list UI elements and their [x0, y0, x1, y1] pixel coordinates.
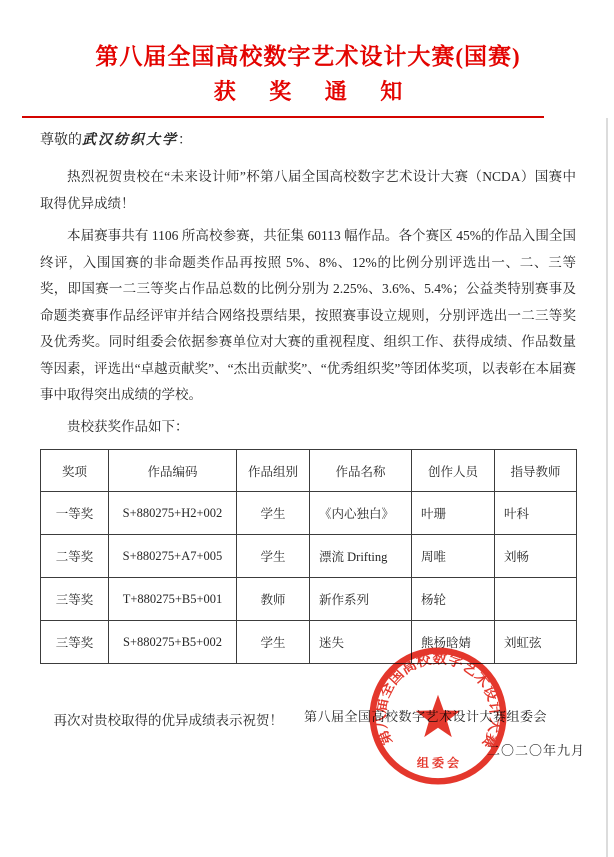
col-header-award: 奖项: [41, 450, 109, 492]
cell-group: 学生: [237, 535, 310, 578]
scanned-letter-page: 第八届全国高校数字艺术设计大赛(国赛) 获 奖 通 知 尊敬的武汉纺织大学： 热…: [0, 0, 614, 857]
greeting-line: 尊敬的武汉纺织大学：: [40, 131, 576, 151]
cell-creator: 周唯: [412, 535, 495, 578]
awards-table: 奖项 作品编码 作品组别 作品名称 创作人员 指导教师 一等奖 S+880275…: [40, 449, 577, 664]
cell-advisor: 刘畅: [495, 535, 577, 578]
table-header-row: 奖项 作品编码 作品组别 作品名称 创作人员 指导教师: [41, 450, 577, 492]
cell-work-code: T+880275+B5+001: [109, 578, 237, 621]
cell-group: 教师: [237, 578, 310, 621]
cell-group: 学生: [237, 492, 310, 535]
paragraph-congratulations: 热烈祝贺贵校在“未来设计师”杯第八届全国高校数字艺术设计大赛（NCDA）国赛中取…: [40, 164, 576, 217]
cell-work-name: 《内心独白》: [310, 492, 412, 535]
seal-bottom-text: 组 委 会: [417, 755, 459, 770]
table-row: 一等奖 S+880275+H2+002 学生 《内心独白》 叶珊 叶科: [41, 492, 577, 535]
cell-work-code: S+880275+H2+002: [109, 492, 237, 535]
official-seal-stamp: 第八届全国高校数字艺术设计大赛 组 委 会: [367, 645, 509, 787]
table-row: 三等奖 T+880275+B5+001 教师 新作系列 杨轮: [41, 578, 577, 621]
cell-award: 一等奖: [41, 492, 109, 535]
cell-work-code: S+880275+A7+005: [109, 535, 237, 578]
col-header-work-name: 作品名称: [310, 450, 412, 492]
cell-advisor: [495, 578, 577, 621]
col-header-work-code: 作品编码: [109, 450, 237, 492]
greeting-prefix: 尊敬的: [40, 133, 82, 148]
cell-work-name: 漂流 Drifting: [310, 535, 412, 578]
greeting-colon: ：: [178, 133, 192, 148]
title-divider-rule: [22, 116, 544, 118]
cell-award: 三等奖: [41, 578, 109, 621]
cell-award: 三等奖: [41, 621, 109, 664]
letter-title-line2: 获 奖 通 知: [40, 77, 576, 107]
cell-group: 学生: [237, 621, 310, 664]
cell-creator: 叶珊: [412, 492, 495, 535]
paragraph-table-intro: 贵校获奖作品如下：: [40, 414, 576, 441]
cell-award: 二等奖: [41, 535, 109, 578]
letter-title-line1: 第八届全国高校数字艺术设计大赛(国赛): [40, 42, 576, 72]
col-header-group: 作品组别: [237, 450, 310, 492]
paragraph-competition-stats: 本届赛事共有 1106 所高校参赛，共征集 60113 幅作品。各个赛区 45%…: [40, 223, 576, 409]
table-row: 二等奖 S+880275+A7+005 学生 漂流 Drifting 周唯 刘畅: [41, 535, 577, 578]
letter-content: 第八届全国高校数字艺术设计大赛(国赛) 获 奖 通 知 尊敬的武汉纺织大学： 热…: [0, 0, 614, 735]
cell-advisor: 叶科: [495, 492, 577, 535]
cell-creator: 杨轮: [412, 578, 495, 621]
col-header-advisor: 指导教师: [495, 450, 577, 492]
col-header-creator: 创作人员: [412, 450, 495, 492]
awards-table-body: 一等奖 S+880275+H2+002 学生 《内心独白》 叶珊 叶科 二等奖 …: [41, 492, 577, 664]
seal-star-icon: [416, 695, 461, 737]
scan-edge-artifact: [606, 118, 608, 857]
awards-table-header: 奖项 作品编码 作品组别 作品名称 创作人员 指导教师: [41, 450, 577, 492]
cell-work-code: S+880275+B5+002: [109, 621, 237, 664]
recipient-name: 武汉纺织大学: [82, 133, 178, 148]
cell-work-name: 新作系列: [310, 578, 412, 621]
